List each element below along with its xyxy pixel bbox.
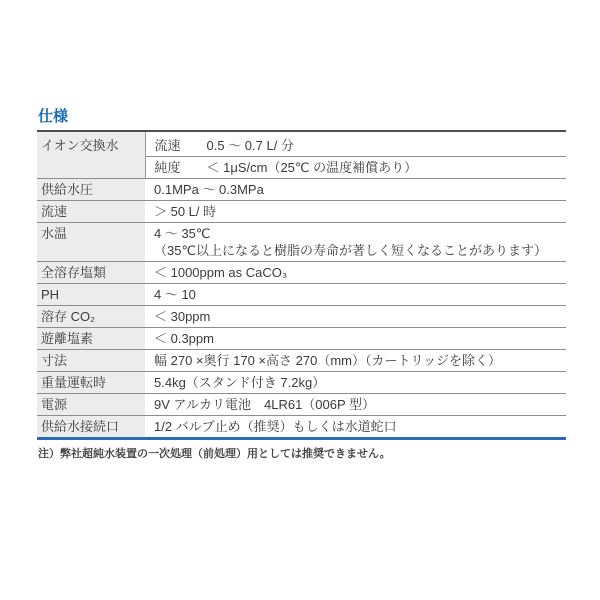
table-row: PH 4 〜 10: [37, 284, 566, 306]
page-title: 仕様: [38, 108, 566, 126]
spec-value: 4 〜 10: [145, 284, 566, 306]
spec-value-cell: 流速0.5 〜 0.7 L/ 分: [145, 131, 566, 157]
spec-sub-label: 純度: [155, 159, 207, 176]
spec-label: 寸法: [37, 350, 145, 372]
spec-value: 9V アルカリ電池 4LR61（006P 型）: [145, 394, 566, 416]
spec-label: 重量運転時: [37, 372, 145, 394]
spec-label: 供給水接続口: [37, 416, 145, 439]
spec-value-cell: 純度＜ 1μS/cm（25℃ の温度補償あり）: [145, 157, 566, 179]
footnote: 注）弊社超純水装置の一次処理（前処理）用としては推奨できません。: [38, 447, 566, 461]
spec-value: 5.4kg（スタンド付き 7.2kg）: [145, 372, 566, 394]
table-row: 電源 9V アルカリ電池 4LR61（006P 型）: [37, 394, 566, 416]
spec-value: 幅 270 ×奥行 170 ×高さ 270（mm）（カートリッジを除く）: [145, 350, 566, 372]
spec-value: ＜ 30ppm: [145, 306, 566, 328]
table-row: 流速 ＞ 50 L/ 時: [37, 201, 566, 223]
spec-value: 0.1MPa 〜 0.3MPa: [145, 179, 566, 201]
table-row: 寸法 幅 270 ×奥行 170 ×高さ 270（mm）（カートリッジを除く）: [37, 350, 566, 372]
spec-value: 0.5 〜 0.7 L/ 分: [207, 138, 294, 153]
spec-label: PH: [37, 284, 145, 306]
spec-label: 供給水圧: [37, 179, 145, 201]
spec-page: 仕様 イオン交換水 流速0.5 〜 0.7 L/ 分 純度＜ 1μS/cm（25…: [37, 108, 566, 461]
spec-label: イオン交換水: [37, 131, 145, 179]
table-row: 重量運転時 5.4kg（スタンド付き 7.2kg）: [37, 372, 566, 394]
spec-label: 流速: [37, 201, 145, 223]
spec-value: 4 〜 35℃: [154, 225, 562, 242]
spec-label: 溶存 CO₂: [37, 306, 145, 328]
table-row: 水温 4 〜 35℃ （35℃以上になると樹脂の寿命が著しく短くなることがありま…: [37, 223, 566, 262]
spec-value: ＜ 1μS/cm（25℃ の温度補償あり）: [207, 160, 418, 175]
spec-sub-label: 流速: [155, 137, 207, 154]
spec-value: ＞ 50 L/ 時: [145, 201, 566, 223]
table-row: 全溶存塩類 ＜ 1000ppm as CaCO₃: [37, 262, 566, 284]
specifications-table: イオン交換水 流速0.5 〜 0.7 L/ 分 純度＜ 1μS/cm（25℃ の…: [37, 130, 566, 440]
table-row: 溶存 CO₂ ＜ 30ppm: [37, 306, 566, 328]
spec-value: ＜ 0.3ppm: [145, 328, 566, 350]
spec-label: 電源: [37, 394, 145, 416]
spec-label: 遊離塩素: [37, 328, 145, 350]
spec-value: 1/2 バルブ止め（推奨）もしくは水道蛇口: [145, 416, 566, 439]
spec-label: 水温: [37, 223, 145, 262]
table-row: 供給水接続口 1/2 バルブ止め（推奨）もしくは水道蛇口: [37, 416, 566, 439]
table-row: 供給水圧 0.1MPa 〜 0.3MPa: [37, 179, 566, 201]
table-row: 遊離塩素 ＜ 0.3ppm: [37, 328, 566, 350]
table-row: イオン交換水 流速0.5 〜 0.7 L/ 分: [37, 131, 566, 157]
spec-value: ＜ 1000ppm as CaCO₃: [145, 262, 566, 284]
spec-label: 全溶存塩類: [37, 262, 145, 284]
spec-value-cell: 4 〜 35℃ （35℃以上になると樹脂の寿命が著しく短くなることがあります）: [145, 223, 566, 262]
spec-value-note: （35℃以上になると樹脂の寿命が著しく短くなることがあります）: [154, 242, 562, 259]
